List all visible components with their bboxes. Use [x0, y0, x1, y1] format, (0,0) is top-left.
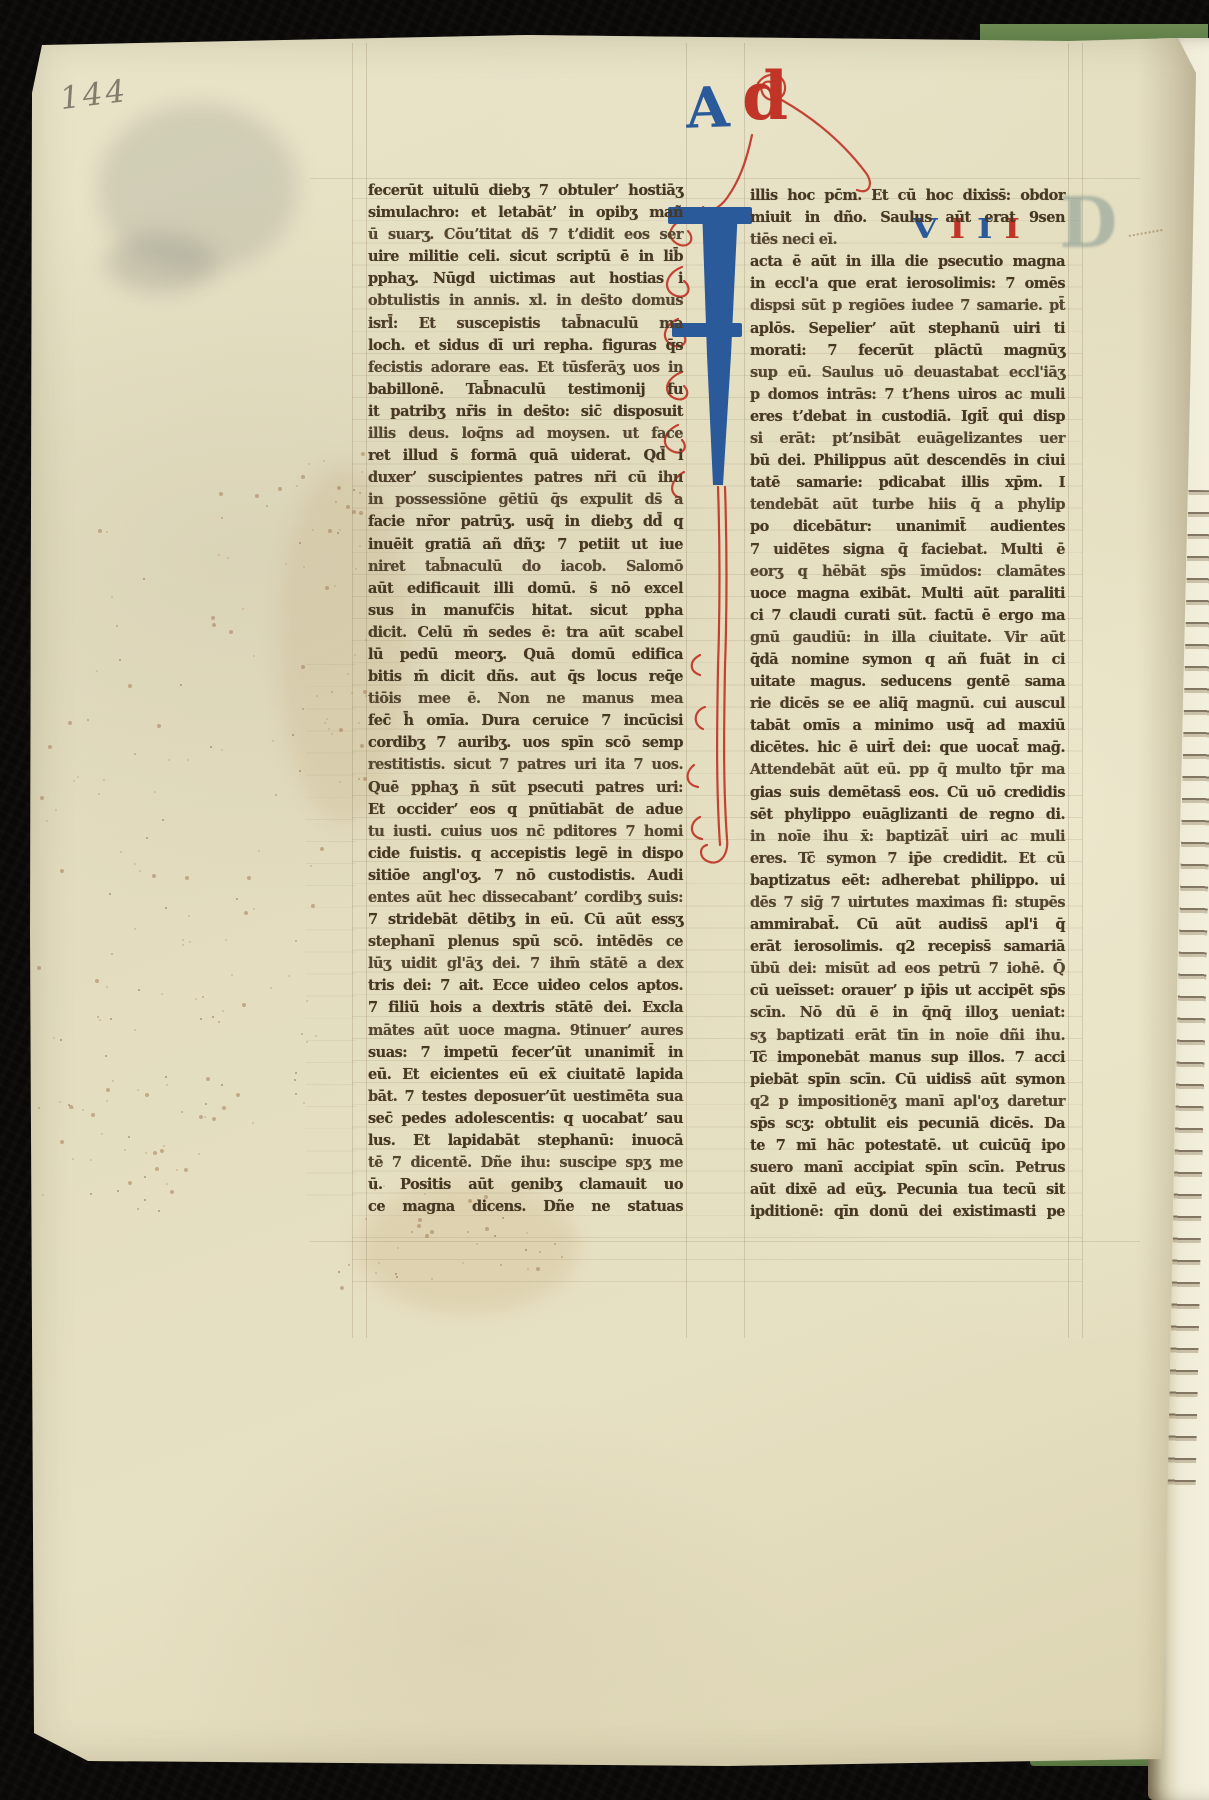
text-line: dispsi sūt p regiōes iudee 7 samarie. pt…	[750, 295, 1065, 317]
text-line: entes aūt hec dissecabantʼ cordibʒ suis:	[368, 887, 683, 909]
folio-number: 144	[58, 73, 130, 117]
text-line: uire militie celi. sicut scriptū ē in li…	[368, 246, 683, 268]
text-line: facie nr̄or patrūʒ. usq̄ in diebʒ dd̄ q	[368, 511, 683, 533]
text-line: eorʒ q hēbāt sp̄s īmūdos: clamātes	[750, 561, 1065, 583]
text-line: gias suis demētass̄ eos. Cū uō credidis	[750, 782, 1065, 804]
text-line: aūt dixē ad eūʒ. Pecunia tua tecū sit	[750, 1179, 1065, 1201]
text-line: scīn. Nō dū ē in q̄nq̄ illoʒ ueniat:	[750, 1002, 1065, 1024]
text-line: bitis m̄ dicit dñs. aut q̄s locus req̄e	[368, 666, 683, 688]
text-column-right-chapter-eight: acta ē aūt in illa die psecutio magnain …	[750, 251, 1065, 1223]
text-line: in eccl'a que erat ierosolimis: 7 omēs	[750, 273, 1065, 295]
text-line: fecerūt uitulū diebʒ 7 obtulerʼ hostiāʒ	[368, 180, 683, 202]
text-line: mātes aūt uoce magna. 9tinuerʼ aures	[368, 1020, 683, 1042]
text-line: uoce magna exibāt. Multi aūt paraliti	[750, 583, 1065, 605]
text-line: po dicebātur: unanimit̄ audientes	[750, 516, 1065, 538]
text-line: sēt phylippo euāglizanti de regno di.	[750, 804, 1065, 826]
text-line: inuēit gratiā añ dñʒ: 7 petiit ut iue	[368, 534, 683, 556]
text-line: si erāt: ptʼnsibāt euāgelizantes uer	[750, 428, 1065, 450]
text-line: uitate magus. seducens gentē sama	[750, 671, 1065, 693]
text-line: sec̄ pedes adolescentis: q uocabatʼ sau	[368, 1108, 683, 1130]
text-line: tris dei: 7 ait. Ecce uideo celos aptos.	[368, 975, 683, 997]
text-line: eres. Tc̄ symon 7 ip̄e credidit. Et cū	[750, 848, 1065, 870]
text-line: obtulistis in annis. xl. in des̄to domus	[368, 290, 683, 312]
text-line: dicit. Celū m̄ sedes ē: tra aūt scabel	[368, 622, 683, 644]
text-line: sp̄s scʒ: obtulit eis pecuniā dicēs. Da	[750, 1113, 1065, 1135]
text-line: ū suarʒ. Cōuʼtitat ds̄ 7 tʼdidit eos ser	[368, 224, 683, 246]
text-line: q2 p impositionēʒ manī apl'oʒ daretur	[750, 1091, 1065, 1113]
text-line: ipditionē: qīn donū dei existimasti pe	[750, 1201, 1065, 1223]
text-line: loch. et sidus dī uri repha. figuras q̄s	[368, 335, 683, 357]
text-line: p domos intrās: 7 tʼhens uiros ac muli	[750, 384, 1065, 406]
text-line: stephanī plenus spū scō. intēdēs ce	[368, 931, 683, 953]
text-line: ce magna dicens. Dñe ne statuas	[368, 1196, 683, 1218]
text-column-left: fecerūt uitulū diebʒ 7 obtulerʼ hostiāʒs…	[368, 180, 683, 1218]
text-line: sup eū. Saulus uō deuastabat eccl'iāʒ	[750, 362, 1065, 384]
text-line: cū ueīsset: orauerʼ p ip̄is ut accipēt s…	[750, 980, 1065, 1002]
ruling-vertical-line	[366, 43, 367, 1338]
text-line: dēs 7 siḡ 7 uirtutes maximas fi: stupēs	[750, 892, 1065, 914]
text-line: Attendebāt aūt eū. pp q̄ multo tp̄r ma	[750, 759, 1065, 781]
text-line: fec̄ h̄ omīa. Dura ceruice 7 incūcisi	[368, 710, 683, 732]
text-line: fecistis adorare eas. Et tūsferāʒ uos in	[368, 357, 683, 379]
text-line: pphaʒ. Nūgd uictimas aut hostias i	[368, 268, 683, 290]
manuscript-page: 144 A d	[28, 33, 1196, 1766]
text-line: sitiōe angl'oʒ. 7 nō custodistis. Audi	[368, 865, 683, 887]
text-line: aūt edificauit illi domū. s̄ nō excel	[368, 578, 683, 600]
text-line: tē 7 dicentē. Dñe ihu: suscipe spʒ me	[368, 1152, 683, 1174]
ruling-bottom-line	[310, 1241, 1140, 1242]
text-line: tendebāt aūt turbe hiis q̄ a phylip	[750, 494, 1065, 516]
ruling-horizontal-margin	[306, 643, 356, 1203]
text-line: q̄dā nomine symon q añ fuāt in ci	[750, 649, 1065, 671]
text-line: tatē samarie: pdicabat illis xp̄m. I	[750, 472, 1065, 494]
text-line: lus. Et lapidabāt stephanū: inuocā	[368, 1130, 683, 1152]
text-line: gnū gaudiū: in illa ciuitate. Vir aūt	[750, 627, 1065, 649]
text-line: niret tab̄naculū do iacob. Salomō	[368, 556, 683, 578]
text-line: ū. Positis aūt genibʒ clamauit uo	[368, 1174, 683, 1196]
pencil-smudge	[106, 233, 216, 293]
text-line: sʒ baptizati erāt tīn in noīe dñi ihu.	[750, 1025, 1065, 1047]
text-line: 7 filiū hois a dextris stātē dei. Excla	[368, 997, 683, 1019]
text-line: ūbū dei: misūt ad eos petrū 7 iohē. Q̄	[750, 958, 1065, 980]
text-line: miuit in dño. Saulus aūt erat 9sen	[750, 207, 1065, 229]
text-line: restitistis. sicut 7 patres uri ita 7 uo…	[368, 754, 683, 776]
text-line: bāt. 7 testes deposuerʼūt uestimēta sua	[368, 1086, 683, 1108]
text-line: lūʒ uidit gl'āʒ dei. 7 ihm̄ stātē a dex	[368, 953, 683, 975]
text-line: suero manī accipiat spīn scīn. Petrus	[750, 1157, 1065, 1179]
text-line: babillonē. Tab̄naculū testimonij fu	[368, 379, 683, 401]
text-line: piebāt spīn scīn. Cū uidiss̄ aūt symon	[750, 1069, 1065, 1091]
text-line: suas: 7 impetū fecerʼūt unanimit̄ in	[368, 1042, 683, 1064]
text-line: Quē pphaʒ n̄ sūt psecuti patres uri:	[368, 777, 683, 799]
text-line: cide fuistis. q accepistis legē in dispo	[368, 843, 683, 865]
text-line: in noīe ihu x̄: baptizāt̄ uiri ac muli	[750, 826, 1065, 848]
text-line: Tc̄ imponebāt manus sup illos. 7 acci	[750, 1047, 1065, 1069]
text-line: eū. Et eicientes eū ex̄ ciuitatē lapida	[368, 1064, 683, 1086]
text-line: 7 stridebāt dētibʒ in eū. Cū aūt essʒ	[368, 909, 683, 931]
text-line: sus in manufc̄is hitat. sicut ppha	[368, 600, 683, 622]
text-line: eres tʼdebat in custodiā. Igit̄ qui disp	[750, 406, 1065, 428]
text-line: bū dei. Philippus aūt descendēs in ciui	[750, 450, 1065, 472]
text-line: Et occiderʼ eos q pnūtiabāt de adue	[368, 799, 683, 821]
text-line: tabāt omīs a minimo usq̄ ad maxiū	[750, 715, 1065, 737]
text-line: illis hoc pc̄m. Et cū hoc dixiss̄: obdor	[750, 185, 1065, 207]
text-line: ci 7 claudi curati sūt. factū ē ergo ma	[750, 605, 1065, 627]
text-line: 7 uidētes signa q̄ faciebat. Multi ē	[750, 539, 1065, 561]
text-line: aplōs. Sepelierʼ aūt stephanū uiri ti	[750, 318, 1065, 340]
text-column-right-chapter-end: illis hoc pc̄m. Et cū hoc dixiss̄: obdor…	[750, 185, 1065, 251]
text-line: dicētes. hic ē uirt̄ dei: que uocat̄ maḡ…	[750, 737, 1065, 759]
text-line: lū pedū meorʒ. Quā domū edifica	[368, 644, 683, 666]
text-line: duxerʼ suscipientes patres nr̄i cū ihu	[368, 467, 683, 489]
text-line: rie dicēs se ee aliq̄ magnū. cui auscul	[750, 693, 1065, 715]
text-line: illis deus. loq̄ns ad moysen. ut face	[368, 423, 683, 445]
text-line: ammirabat̄. Cū aūt audiss̄ apl'i q̄	[750, 914, 1065, 936]
ghost-letter-d: D	[1060, 181, 1118, 264]
text-line: erāt ierosolimis. q2 recepiss̄ samariā	[750, 936, 1065, 958]
text-line: te 7 mī hāc potestatē. ut cuicūq̄ ipo	[750, 1135, 1065, 1157]
text-line: tiōis mee ē. Non ne manus mea	[368, 688, 683, 710]
text-line: morati: 7 fecerūt plāctū magnūʒ	[750, 340, 1065, 362]
text-line: it patribʒ nr̄is in des̄to: sic̄ disposu…	[368, 401, 683, 423]
text-line: tiēs neci eī.	[750, 229, 1065, 251]
text-line: acta ē aūt in illa die psecutio magna	[750, 251, 1065, 273]
text-line: simulachro: et letabātʼ in opibʒ mañ	[368, 202, 683, 224]
text-line: tu iusti. cuius uos nc̄ pditores 7 homi	[368, 821, 683, 843]
text-line: isrl̄: Et suscepistis tab̄naculū ma	[368, 313, 683, 335]
text-line: cordibʒ 7 auribʒ. uos spīn scō semp	[368, 732, 683, 754]
text-line: in possessiōne gētiū q̄s expulit ds̄ a	[368, 489, 683, 511]
manuscript-photo: 144 A d	[0, 0, 1209, 1800]
text-line: ret illud s̄ formā quā uiderat. Qd̄ i	[368, 445, 683, 467]
text-line: baptizatus eēt: adherebat philippo. ui	[750, 870, 1065, 892]
ruling-vertical-line	[352, 43, 353, 1338]
